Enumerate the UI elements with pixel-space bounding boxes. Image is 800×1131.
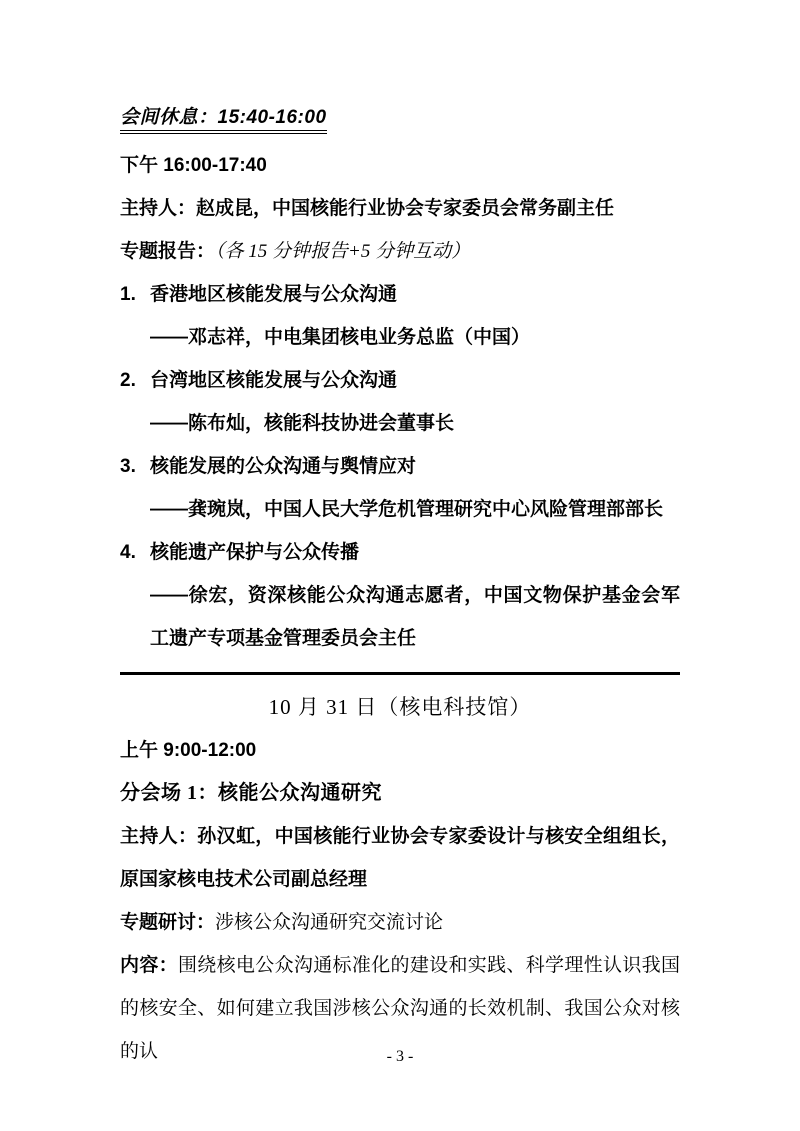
agenda-item-title: 台湾地区核能发展与公众沟通: [150, 359, 397, 402]
agenda-item-title: 核能发展的公众沟通与舆情应对: [150, 445, 416, 488]
agenda-list: 1. 香港地区核能发展与公众沟通 ——邓志祥，中电集团核电业务总监（中国） 2.…: [120, 273, 680, 660]
seminar-label: 专题研讨：: [120, 912, 215, 933]
host-label: 主持人：: [120, 826, 197, 847]
agenda-item-number: 3.: [120, 445, 150, 488]
reports-line: 专题报告：（各 15 分钟报告+5 分钟互动）: [120, 230, 680, 273]
host-label: 主持人：: [120, 198, 196, 219]
reports-label: 专题报告：: [120, 241, 215, 262]
section-divider: [120, 672, 680, 675]
content-label: 内容：: [120, 955, 178, 976]
reports-note: （各 15 分钟报告+5 分钟互动）: [215, 241, 470, 262]
seminar-line: 专题研讨：涉核公众沟通研究交流讨论: [120, 901, 680, 944]
speaker-line: ——陈布灿，核能科技协进会董事长: [120, 402, 680, 445]
document-page: 会间休息：15:40-16:00 下午 16:00-17:40 主持人：赵成昆，…: [0, 0, 800, 1131]
host-name: 赵成昆，中国核能行业协会专家委员会常务副主任: [196, 198, 614, 219]
agenda-item-number: 2.: [120, 359, 150, 402]
afternoon-host-line: 主持人：赵成昆，中国核能行业协会专家委员会常务副主任: [120, 187, 680, 230]
speaker-line: ——邓志祥，中电集团核电业务总监（中国）: [120, 316, 680, 359]
speaker-line: ——徐宏，资深核能公众沟通志愿者，中国文物保护基金会军工遗产专项基金管理委员会主…: [120, 574, 680, 660]
agenda-item: 1. 香港地区核能发展与公众沟通: [120, 273, 680, 316]
day2-time: 上午 9:00-12:00: [120, 729, 680, 772]
agenda-item-title: 核能遗产保护与公众传播: [150, 531, 359, 574]
afternoon-time: 下午 16:00-17:40: [120, 144, 680, 187]
agenda-item-number: 1.: [120, 273, 150, 316]
page-number: - 3 -: [0, 1048, 800, 1066]
date-heading: 10 月 31 日（核电科技馆）: [120, 686, 680, 729]
session-title: 分会场 1：核能公众沟通研究: [120, 772, 680, 815]
agenda-item: 3. 核能发展的公众沟通与舆情应对: [120, 445, 680, 488]
agenda-item: 2. 台湾地区核能发展与公众沟通: [120, 359, 680, 402]
day2-host-line: 主持人：孙汉虹，中国核能行业协会专家委设计与核安全组组长，原国家核电技术公司副总…: [120, 815, 680, 901]
break-note-text: 会间休息：15:40-16:00: [120, 107, 327, 134]
agenda-item-title: 香港地区核能发展与公众沟通: [150, 273, 397, 316]
seminar-topic: 涉核公众沟通研究交流讨论: [215, 912, 443, 933]
host-name: 孙汉虹，中国核能行业协会专家委设计与核安全组组长，原国家核电技术公司副总经理: [120, 826, 680, 890]
page-content: 会间休息：15:40-16:00 下午 16:00-17:40 主持人：赵成昆，…: [120, 96, 680, 1073]
content-text: 围绕核电公众沟通标准化的建设和实践、科学理性认识我国的核安全、如何建立我国涉核公…: [120, 955, 680, 1062]
speaker-line: ——龚琬岚，中国人民大学危机管理研究中心风险管理部部长: [120, 488, 680, 531]
break-note: 会间休息：15:40-16:00: [120, 96, 680, 139]
agenda-item: 4. 核能遗产保护与公众传播: [120, 531, 680, 574]
agenda-item-number: 4.: [120, 531, 150, 574]
